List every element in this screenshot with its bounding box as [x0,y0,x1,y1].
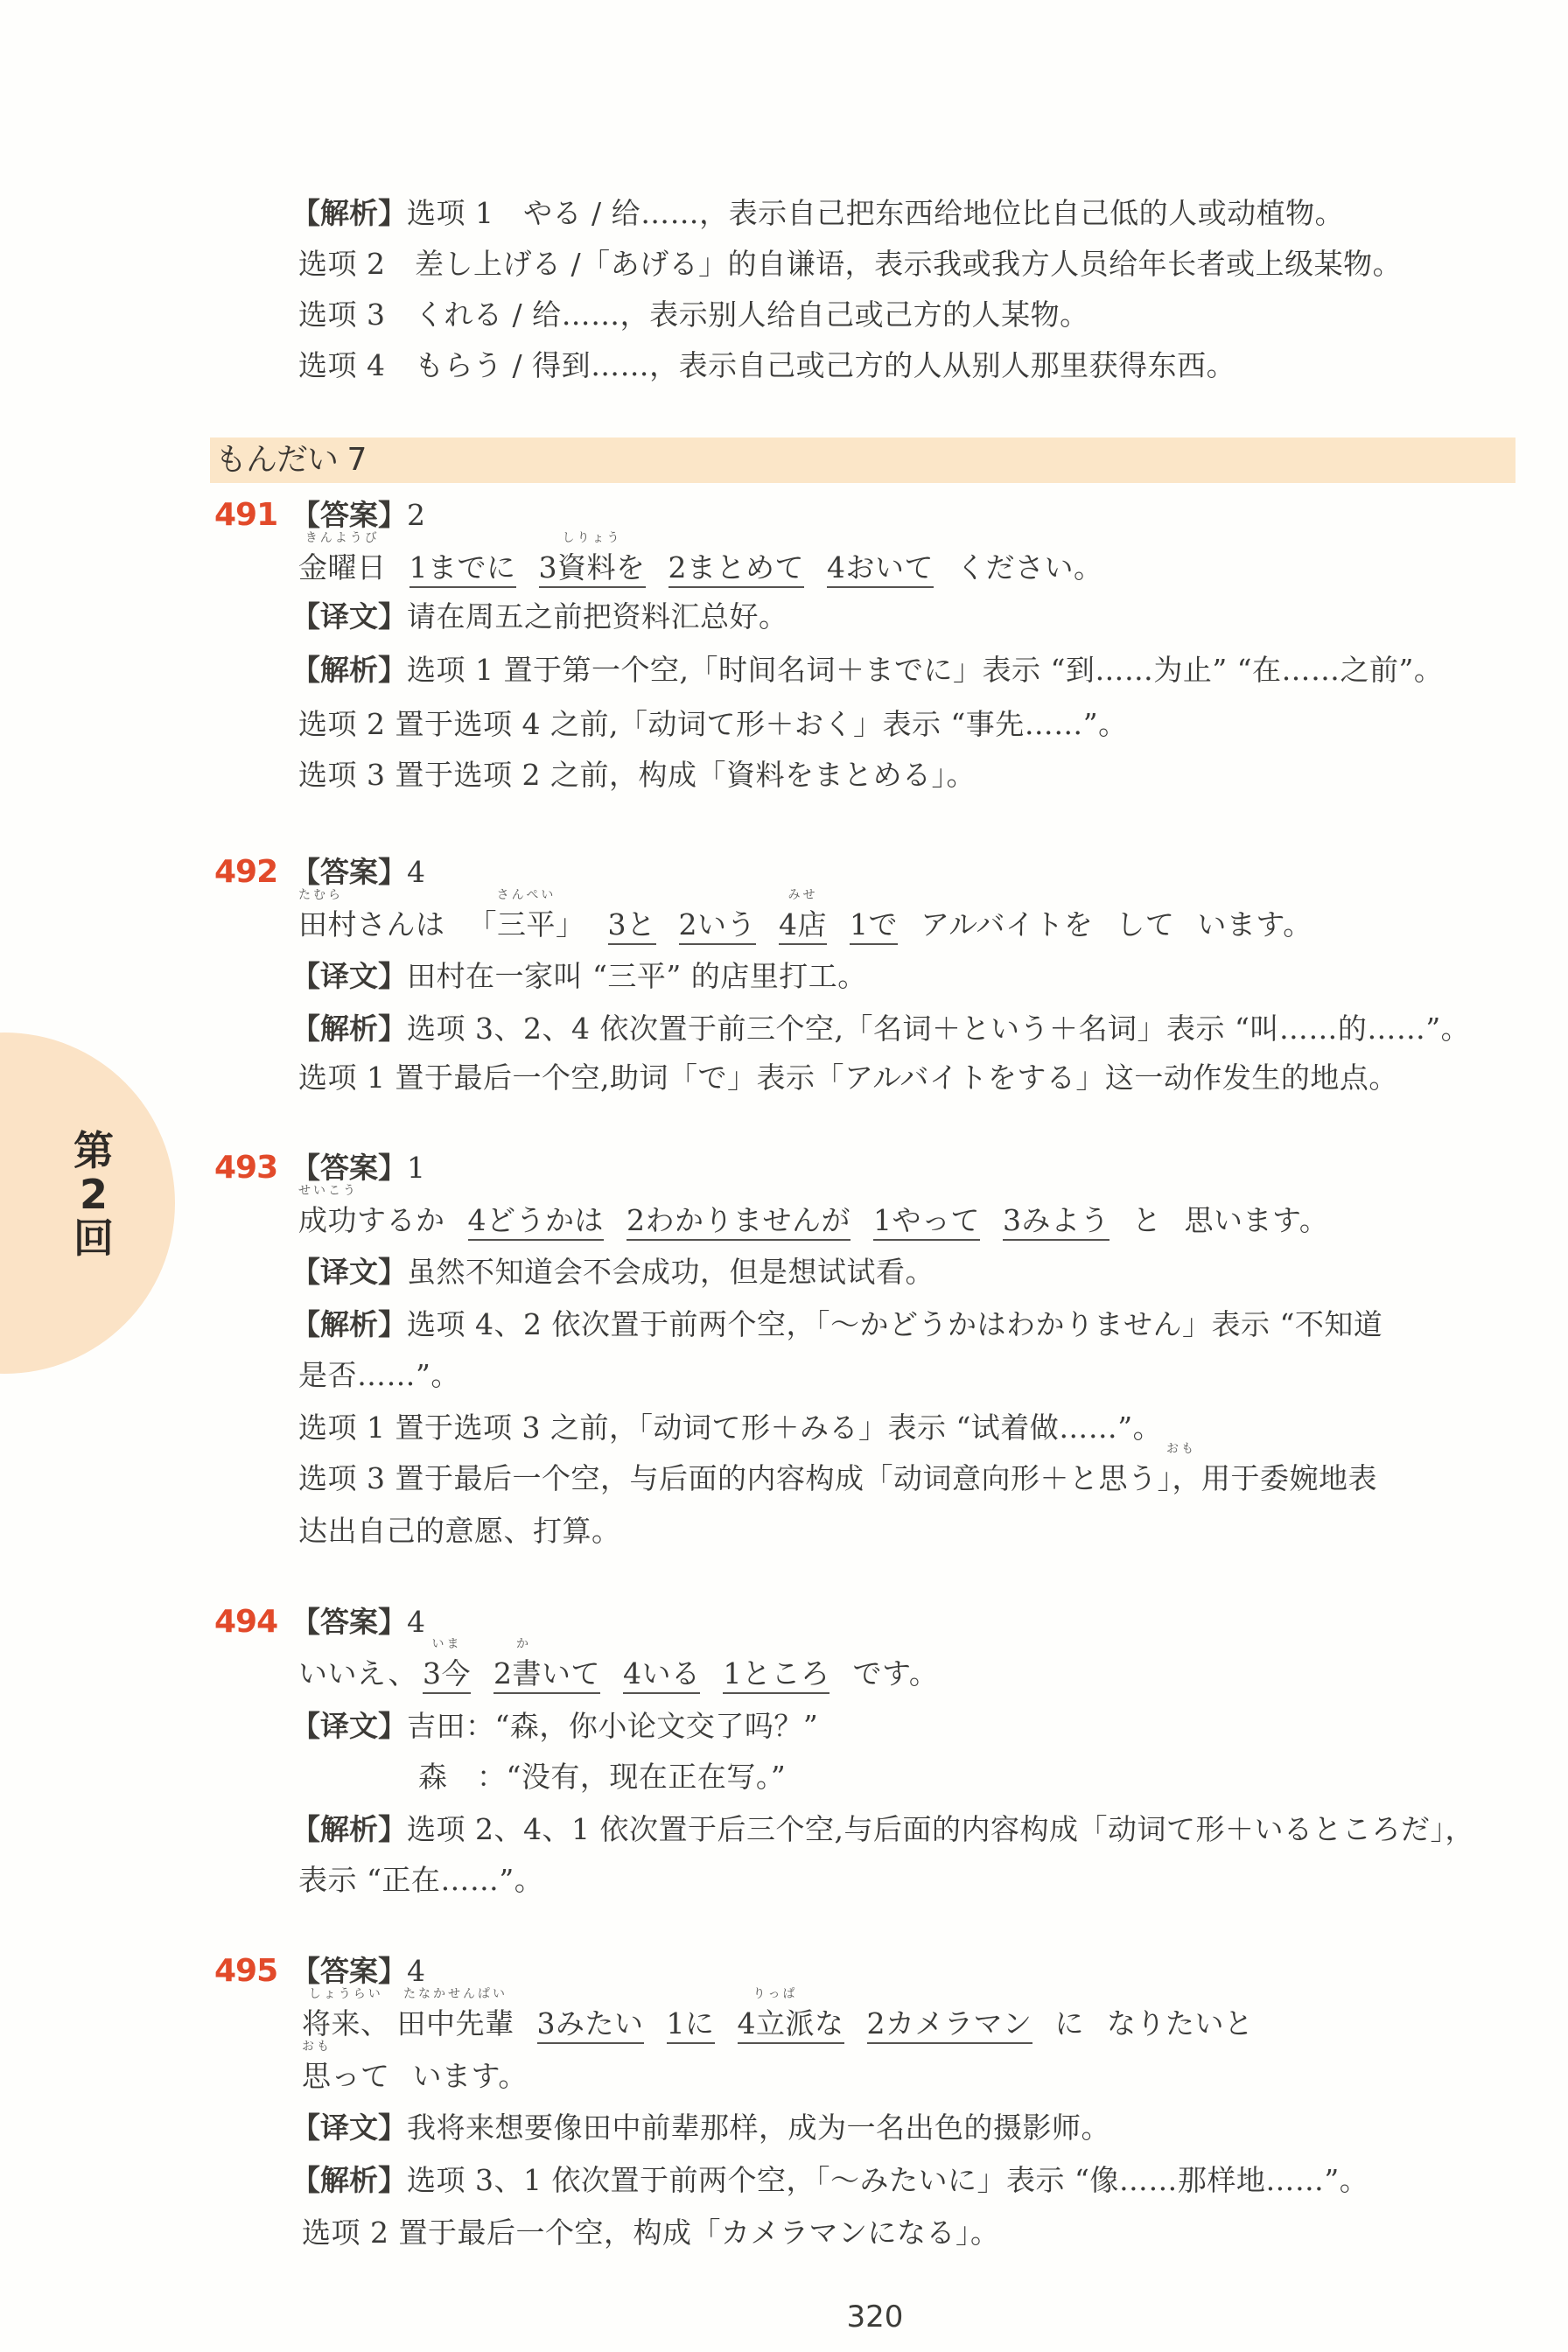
answer-label: 【答案】 [291,1605,407,1639]
segment-text: 田村さんは [298,907,445,941]
analysis-text: 达出自己的意愿、打算。 [298,1514,621,1548]
blank-option: みせ4店 [779,907,827,942]
analysis-label: 【解析】 [291,1307,407,1341]
translation-line: 【译文】田村在一家叫 “三平” 的店里打工。 [291,959,867,994]
answer-value: 4 [407,1954,426,1988]
answer-value: 1 [407,1151,426,1185]
blank-option: 4おいて [827,550,934,585]
segment-text: 将来、 [302,2006,390,2040]
blank-option: 4どうかは [468,1203,605,1238]
analysis-text: 是否……”。 [298,1358,460,1392]
previous-analysis-line-1: 【解析】选项 1 やる / 给……，表示自己把东西给地位比自己低的人或动植物。 [291,196,1344,231]
analysis-text: 选项 3 置于选项 2 之前，构成「資料をまとめる」。 [298,758,976,792]
segment-text: 4どうかは [468,1203,605,1241]
furigana: おも [302,2040,332,2054]
analysis-text: 表示 “正在……”。 [298,1863,543,1897]
sentence-segment: おも思って [302,2059,390,2094]
blank-option: りっぱ4立派な [738,2006,844,2041]
furigana: か [516,1637,531,1651]
sentence-segment: アルバイトを [920,907,1093,942]
furigana: しりょう [539,531,646,545]
translation-text: 吉田：“森，你小论文交了吗？” [407,1709,818,1743]
sentence-segment: います。 [413,2059,528,2094]
sentence-segment: せいこう成功するか [298,1203,445,1238]
section-band [210,437,1515,483]
furigana: みせ [779,888,827,902]
analysis-line: 【解析】选项 4、2 依次置于前两个空，「～かどうかはわかりません」表示 “不知… [291,1307,1382,1342]
analysis-label: 【解析】 [291,1812,407,1846]
analysis-text: 选项 3、1 依次置于前两个空，「～みたいに」表示 “像……那样地……”。 [407,2163,1368,2197]
translation-label: 【译文】 [291,2110,407,2145]
question-sentence-continued: おも思っています。 [302,2059,550,2094]
translation-text: 请在周五之前把资料汇总好。 [407,599,788,633]
answer-value: 4 [407,1605,426,1639]
chapter-label: 第 2 回 [63,1129,124,1260]
analysis-label: 【解析】 [291,2163,407,2197]
blank-option: 1に [667,2006,715,2041]
translation-line: 【译文】虽然不知道会不会成功，但是想试试看。 [291,1255,934,1290]
blank-option: 1やって [873,1203,980,1238]
answer-line: 【答案】4 [291,855,426,890]
analysis-line: 选项 2 置于最后一个空，构成「カメラマンになる」。 [302,2215,999,2250]
analysis-label: 【解析】 [291,196,407,230]
page-number: 320 [840,2299,910,2334]
furigana: おも [1166,1442,1196,1456]
segment-text: います。 [413,2059,528,2093]
analysis-text: 选项 1 置于第一个空,「时间名词＋までに」表示 “到……为止” “在……之前”… [407,653,1443,687]
furigana: いま [423,1637,471,1651]
translation-label: 【译文】 [291,599,407,633]
analysis-line: 【解析】选项 1 置于第一个空,「时间名词＋までに」表示 “到……为止” “在…… [291,653,1443,688]
segment-text: 4立派な [738,2006,844,2044]
sentence-segment: です。 [852,1656,938,1691]
analysis-text: 选项 1 置于最后一个空,助词「で」表示「アルバイトをする」这一动作发生的地点。 [298,1060,1398,1095]
translation-label: 【译文】 [291,959,407,993]
question-sentence: いいえ、いま3今か2書いて4いる1ところです。 [298,1656,961,1691]
translation-text: 我将来想要像田中前辈那样，成为一名出色的摄影师。 [407,2110,1110,2145]
segment-text: と [1132,1203,1162,1237]
question-sentence: たむら田村さんはさんぺい「三平」3と2いうみせ4店1でアルバイトをしています。 [298,907,1335,942]
blank-option: しりょう3資料を [539,550,646,585]
translation-label: 【译文】 [291,1255,407,1289]
segment-text: 2いう [679,907,757,945]
translation-text: 虽然不知道会不会成功，但是想试试看。 [407,1255,934,1289]
question-sentence: きんようび金曜日1までにしりょう3資料を2まとめて4おいてください。 [298,550,1126,585]
question-number: 491 [214,498,277,533]
analysis-line: 选项 1 置于最后一个空,助词「で」表示「アルバイトをする」这一动作发生的地点。 [298,1060,1398,1095]
section-title: もんだい 7 [215,440,366,480]
segment-text: 4おいて [827,550,934,588]
translation-line: 【译文】请在周五之前把资料汇总好。 [291,599,788,634]
previous-analysis-line-2: 选项 2 差し上げる /「あげる」的自谦语，表示我或我方人员给年长者或上级某物。 [298,247,1402,282]
segment-text: ください。 [956,550,1103,584]
question-number: 493 [214,1151,277,1186]
analysis-label: 【解析】 [291,653,407,687]
analysis-line: 选项 3 置于最后一个空，与后面的内容构成「动词意向形＋と思う」，用于委婉地表 [298,1461,1377,1496]
translation-text: 森 ：“没有，现在正在写。” [418,1760,786,1794]
segment-text: 1やって [873,1203,980,1241]
sentence-segment: ください。 [956,550,1103,585]
analysis-text: 选项 2 差し上げる /「あげる」的自谦语，表示我或我方人员给年长者或上级某物。 [298,247,1402,281]
analysis-line: 达出自己的意愿、打算。 [298,1514,621,1549]
analysis-label: 【解析】 [291,1011,407,1046]
segment-text: 3今 [423,1656,471,1694]
question-sentence: せいこう成功するか4どうかは2わかりませんが1やって3みようと思います。 [298,1203,1351,1238]
furigana: たなかせんぱい [397,1987,514,2001]
blank-option: 3みよう [1003,1203,1109,1238]
sentence-segment: に [1055,2006,1085,2041]
segment-text: に [1055,2006,1085,2040]
answer-label: 【答案】 [291,1954,407,1988]
segment-text: 2カメラマン [867,2006,1032,2044]
translation-line: 森 ：“没有，现在正在写。” [418,1760,786,1795]
chapter-label-prefix: 第 [63,1129,124,1172]
segment-text: 1ところ [723,1656,829,1694]
sentence-segment: いいえ、 [298,1656,417,1691]
analysis-text: 选项 4、2 依次置于前两个空，「～かどうかはわかりません」表示 “不知道 [407,1307,1382,1341]
furigana: きんようび [298,531,387,545]
blank-option: 1で [850,907,898,942]
sentence-segment: います。 [1197,907,1312,942]
analysis-text: 选项 2 置于选项 4 之前,「动词て形＋おく」表示 “事先……”。 [298,707,1128,741]
analysis-line: 【解析】选项 3、2、4 依次置于前三个空,「名词＋という＋名词」表示 “叫……… [291,1011,1470,1046]
answer-value: 4 [407,855,426,889]
furigana: たむら [298,888,343,902]
blank-option: 3みたい [537,2006,644,2041]
answer-line: 【答案】2 [291,498,426,533]
analysis-text: 选项 1 やる / 给……，表示自己把东西给地位比自己低的人或动植物。 [407,196,1344,230]
segment-text: 2書いて [493,1656,600,1694]
analysis-text: 选项 2 置于最后一个空，构成「カメラマンになる」。 [302,2215,999,2250]
sentence-segment: さんぺい「三平」 [468,907,585,942]
analysis-line: 选项 3 置于选项 2 之前，构成「資料をまとめる」。 [298,758,976,793]
blank-option: 1までに [409,550,516,585]
question-sentence: しょうらい将来、たなかせんぱい田中先輩3みたい1にりっぱ4立派な2カメラマンにな… [302,2006,1277,2041]
question-number: 495 [214,1954,277,1989]
answer-label: 【答案】 [291,498,407,532]
segment-text: 金曜日 [298,550,387,584]
segment-text: アルバイトを [920,907,1093,941]
sentence-segment: しょうらい将来、 [302,2006,390,2041]
segment-text: 「三平」 [468,907,585,941]
segment-text: 1で [850,907,898,945]
blank-option: 3と [608,907,656,942]
chapter-label-number: 2 [63,1172,124,1216]
segment-text: 1に [667,2006,715,2044]
sentence-segment: きんようび金曜日 [298,550,387,585]
blank-option: 2いう [679,907,757,942]
sentence-segment: たなかせんぱい田中先輩 [397,2006,514,2041]
sentence-segment: と [1132,1203,1162,1238]
segment-text: 3みたい [537,2006,644,2044]
answer-label: 【答案】 [291,855,407,889]
answer-line: 【答案】1 [291,1151,426,1186]
blank-option: 2カメラマン [867,2006,1032,2041]
analysis-text: 选项 2、4、1 依次置于后三个空,与后面的内容构成「动词て形＋いるところだ」， [407,1812,1474,1846]
analysis-line: 选项 2 置于选项 4 之前,「动词て形＋おく」表示 “事先……”。 [298,707,1128,742]
sentence-segment: 思います。 [1185,1203,1329,1238]
translation-line: 【译文】吉田：“森，你小论文交了吗？” [291,1709,818,1744]
segment-text: 成功するか [298,1203,445,1237]
analysis-line: 【解析】选项 3、1 依次置于前两个空，「～みたいに」表示 “像……那样地……”… [291,2163,1368,2198]
segment-text: です。 [852,1656,938,1690]
translation-label: 【译文】 [291,1709,407,1743]
blank-option: 4いる [623,1656,701,1691]
answer-line: 【答案】4 [291,1954,426,1989]
sentence-segment: して [1116,907,1174,942]
blank-option: か2書いて [493,1656,600,1691]
segment-text: います。 [1197,907,1312,941]
blank-option: 2わかりませんが [626,1203,850,1238]
chapter-label-suffix: 回 [63,1216,124,1260]
sentence-segment: なりたいと [1107,2006,1254,2041]
segment-text: 4いる [623,1656,701,1694]
segment-text: 思って [302,2059,390,2093]
furigana: せいこう [298,1184,358,1198]
question-number: 492 [214,855,277,890]
segment-text: 3みよう [1003,1203,1109,1241]
furigana: さんぺい [468,888,585,902]
segment-text: 3資料を [539,550,646,588]
analysis-line: 是否……”。 [298,1358,460,1393]
furigana: しょうらい [302,1987,390,2001]
analysis-text: 选项 3 置于最后一个空，与后面的内容构成「动词意向形＋と思う」，用于委婉地表 [298,1461,1377,1495]
segment-text: 4店 [779,907,827,945]
segment-text: 田中先輩 [397,2006,514,2040]
analysis-text: 选项 4 もらう / 得到……，表示自己或己方的人从别人那里获得东西。 [298,348,1235,382]
segment-text: 2まとめて [668,550,805,588]
segment-text: 思います。 [1185,1203,1329,1237]
analysis-line: 【解析】选项 2、4、1 依次置于后三个空,与后面的内容构成「动词て形＋いるとこ… [291,1812,1474,1847]
translation-text: 田村在一家叫 “三平” 的店里打工。 [407,959,867,993]
segment-text: して [1116,907,1174,941]
segment-text: 2わかりませんが [626,1203,850,1241]
sentence-segment: たむら田村さんは [298,907,445,942]
segment-text: 1までに [409,550,516,588]
answer-value: 2 [407,498,426,532]
furigana: りっぱ [753,1987,798,2001]
analysis-text: 选项 3、2、4 依次置于前三个空,「名词＋という＋名词」表示 “叫……的……”… [407,1011,1470,1046]
answer-line: 【答案】4 [291,1605,426,1640]
analysis-text: 选项 1 置于选项 3 之前，「动词て形＋みる」表示 “试着做……”。 [298,1410,1162,1445]
segment-text: なりたいと [1107,2006,1254,2040]
answer-label: 【答案】 [291,1151,407,1185]
question-number: 494 [214,1605,277,1640]
blank-option: いま3今 [423,1656,471,1691]
analysis-line: 表示 “正在……”。 [298,1863,543,1898]
analysis-text: 选项 3 くれる / 给……，表示别人给自己或己方的人某物。 [298,297,1089,332]
blank-option: 1ところ [723,1656,829,1691]
segment-text: いいえ、 [298,1656,417,1690]
translation-line: 【译文】我将来想要像田中前辈那样，成为一名出色的摄影师。 [291,2110,1110,2145]
segment-text: 3と [608,907,656,945]
blank-option: 2まとめて [668,550,805,585]
previous-analysis-line-4: 选项 4 もらう / 得到……，表示自己或己方的人从别人那里获得东西。 [298,348,1235,383]
previous-analysis-line-3: 选项 3 くれる / 给……，表示别人给自己或己方的人某物。 [298,297,1089,332]
analysis-line: 选项 1 置于选项 3 之前，「动词て形＋みる」表示 “试着做……”。 [298,1410,1162,1445]
